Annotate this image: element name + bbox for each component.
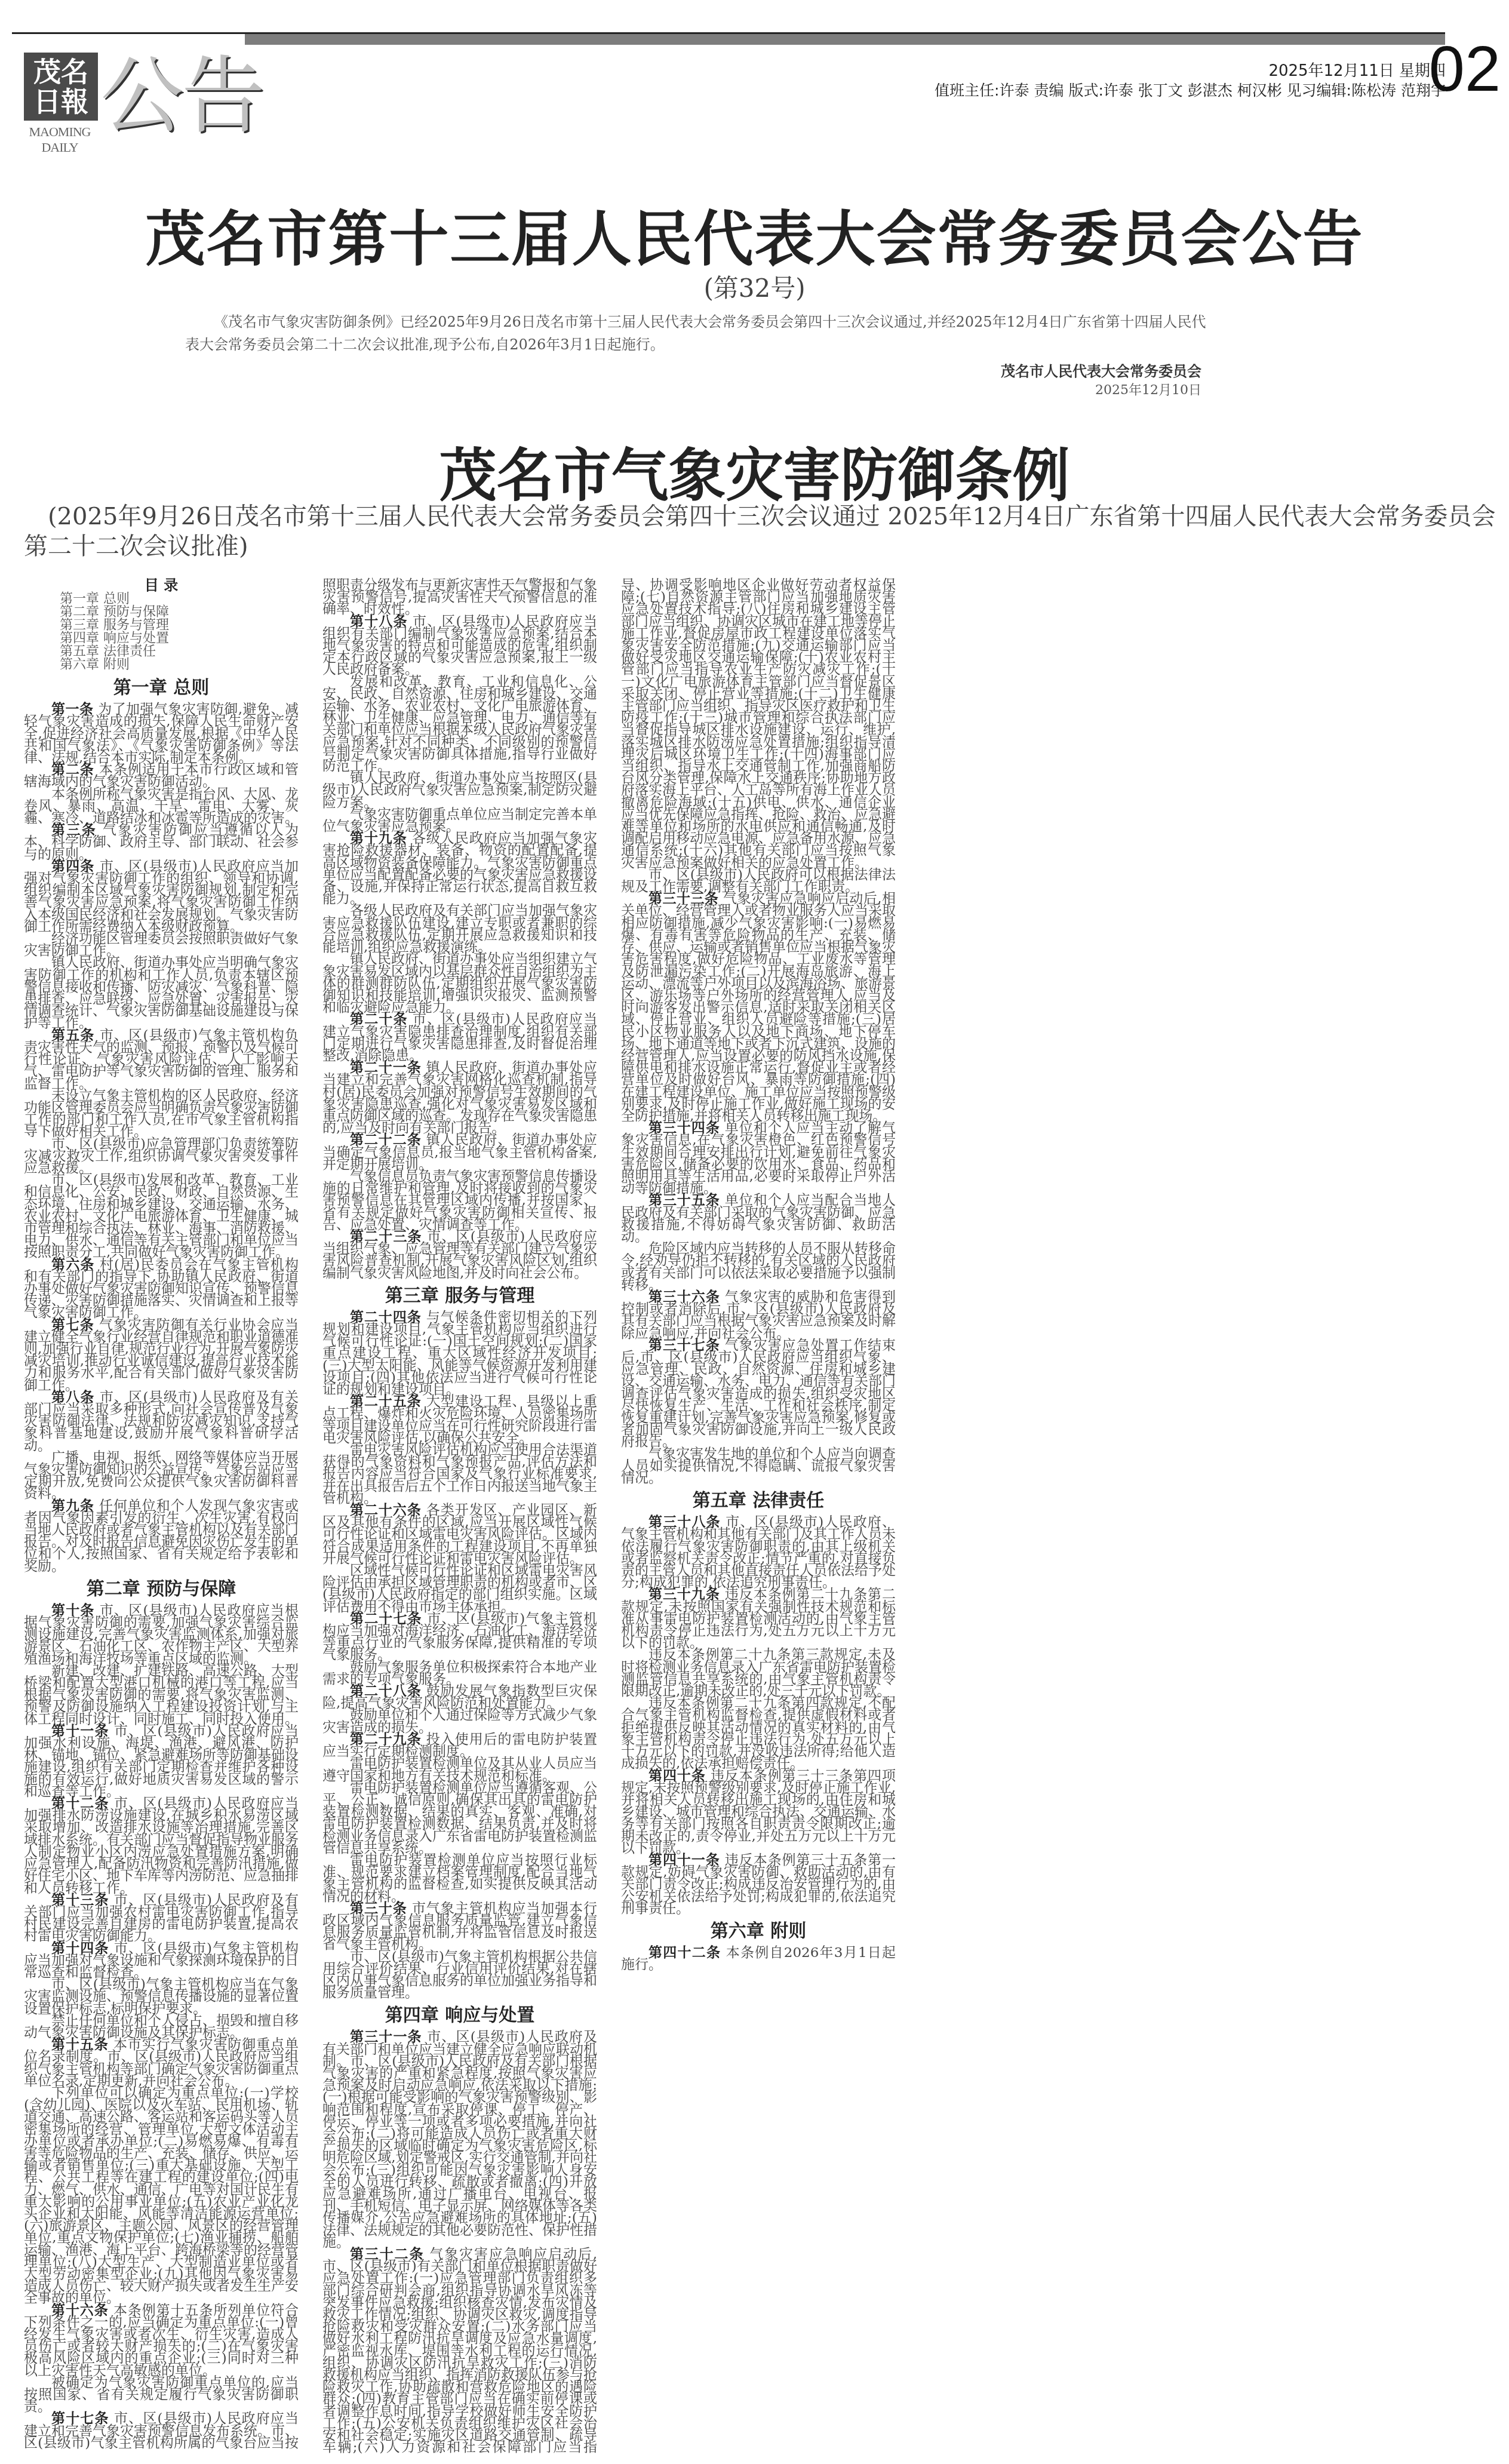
toc-title: 目 录	[24, 579, 299, 591]
newspaper-logo: 茂名日報	[24, 53, 98, 121]
article-list: 第一章 总则第一条 为了加强气象灾害防御,避免、减轻气象灾害造成的损失,保障人民…	[24, 579, 896, 2454]
article-text: 与气候条件密切相关的下列规划和建设项目,气象主管机构应当组织进行气候可行性论证:…	[322, 1310, 597, 1397]
article: 第三十四条 单位和个人应当主动了解气象灾害信息,在气象灾害橙色、红色预警信号生效…	[621, 1122, 896, 1194]
article: 第七条 气象灾害防御有关行业协会应当建立健全气象行业经营自律规范和职业道德准则,…	[24, 1319, 299, 1391]
article: 第三十五条 单位和个人应当配合当地人民政府及有关部门采取的气象灾害防御、应急救援…	[621, 1194, 896, 1243]
masthead: 茂名日報 MAOMING DAILY 公告 2025年12月11日 星期四 值班…	[0, 0, 1509, 149]
article-text: 鼓励单位和个人通过保险等方式减少气象灾害造成的损失。	[322, 1707, 597, 1735]
article-text: 雷电防护装置检测单位应当按照行业标准、规范要求建立档案管理制度,配合当地气象主管…	[322, 1852, 597, 1904]
article-text: 市、区(县级市)发展和改革、教育、工业和信息化、公安、民政、财政、自然资源、生态…	[24, 1172, 299, 1260]
article: 第九条 任何单位和个人发现气象灾害或者因气象因素引发的衍生、次生灾害,有权向当地…	[24, 1500, 299, 1572]
chapter-heading: 第一章 总则	[24, 675, 299, 701]
article-text: 危险区域内应当转移的人员不服从转移命令,经劝导仍拒不转移的,有关区域的人民政府或…	[621, 1241, 896, 1293]
paragraph: 气象信息员负责气象灾害预警信息传播设施的日常维护和管理,及时将接收到的气象灾害预…	[322, 1170, 597, 1231]
toc-item: 第二章 预防与保障	[24, 606, 299, 619]
article: 第四十二条 本条例自2026年3月1日起施行。	[621, 1947, 896, 1971]
article: 第三十八条 市、区(县级市)人民政府、气象主管机构和其他有关部门及其工作人员未依…	[621, 1516, 896, 1589]
regulation-body: 目 录 第一章 总则 第二章 预防与保障 第三章 服务与管理 第四章 响应与处置…	[24, 579, 1493, 2454]
article-text: 区域性气候可行性论证和区域雷电灾害风险评估由承担区域管理职责的机构或者市、区(县…	[322, 1563, 597, 1615]
paragraph: 违反本条例第二十九条第四款规定,不配合气象主管机构监督检查,提供虚假材料或者拒绝…	[621, 1697, 896, 1769]
article: 第三十七条 气象灾害应急处置工作结束后,市、区(县级市)人民政府应当组织气象、应…	[621, 1339, 896, 1448]
article-text: 市、区(县级市)气象主管机构根据公共信用综合评价结果、行业信用评价结果,对在辖区…	[322, 1949, 597, 2001]
article: 第三十一条 市、区(县级市)人民政府及有关部门和单位应当建立健全应急响应联动机制…	[322, 2031, 597, 2248]
article: 第十三条 市、区(县级市)人民政府及有关部门应当加强农村雷电灾害防御工作,指导村…	[24, 1894, 299, 1943]
paragraph: 鼓励单位和个人通过保险等方式减少气象灾害造成的损失。	[322, 1709, 597, 1733]
table-of-contents: 目 录 第一章 总则 第二章 预防与保障 第三章 服务与管理 第四章 响应与处置…	[24, 579, 299, 671]
article: 第十二条 市、区(县级市)人民政府应当加强排水防涝设施建设,在城乡积水易涝区域采…	[24, 1798, 299, 1894]
article-text: 气象灾害应急响应启动后,相关单位、经营管理人或者物业服务人应当采取相应防御措施,…	[621, 891, 896, 1124]
article: 第二十一条 镇人民政府、街道办事处应当建立和完善气象灾害网格化巡查机制,指导村(…	[322, 1062, 597, 1134]
newspaper-logo-en: MAOMING DAILY	[24, 124, 96, 155]
article: 第一条 为了加强气象灾害防御,避免、减轻气象灾害造成的损失,保障人民生命财产安全…	[24, 703, 299, 764]
article: 第二十六条 各类开发区、产业园区、新区及其他有条件的区域,应当开展区域性气候可行…	[322, 1504, 597, 1565]
article-text: 新建、改建、扩建铁路、高速公路、大型桥梁和配置大型港口机械的港口等工程,应当根据…	[24, 1663, 299, 1727]
article-text: 镇人民政府、街道办事处应当组织建立气象灾害易发区域内以基层群众性自治组织为主体的…	[322, 951, 597, 1015]
toc-item: 第六章 附则	[24, 658, 299, 671]
article-text: 气象灾害发生地的单位和个人应当向调查人员如实提供情况,不得隐瞒、谎报气象灾害情况…	[621, 1446, 896, 1486]
paragraph: 鼓励气象服务单位积极探索符合本地产业需求的专项气象服务。	[322, 1661, 597, 1685]
toc-item: 第一章 总则	[24, 592, 299, 606]
paragraph: 下列单位可以确定为重点单位:(一)学校(含幼儿园)、医院以及火车站、民用机场、轨…	[24, 2087, 299, 2305]
paragraph: 本条例所称气象灾害是指台风、大风、龙卷风、暴雨、高温、干旱、雷电、大雾、灰霾、寒…	[24, 788, 299, 825]
paragraph: 市、区(县级市)应急管理部门负责统筹防灾减灾救灾工作,组织协调气象灾害突发事件应…	[24, 1138, 299, 1175]
paragraph: 广播、电视、报纸、网络等媒体应当开展气象灾害防御知识的公益宣传。气象台站应当定期…	[24, 1452, 299, 1500]
article-text: 雷电防护装置检测单位应当遵循客观、公平、公正、诚信原则,确保其出具的雷电防护装置…	[322, 1780, 597, 1856]
article: 第十八条 市、区(县级市)人民政府应当组织有关部门编制气象灾害应急预案,结合本地…	[322, 616, 597, 676]
article-text: 广播、电视、报纸、网络等媒体应当开展气象灾害防御知识的公益宣传。气象台站应当定期…	[24, 1450, 299, 1502]
article-text: 鼓励气象服务单位积极探索符合本地产业需求的专项气象服务。	[322, 1660, 597, 1687]
article: 第五条 市、区(县级市)气象主管机构负责灾害性天气的监测、预报、预警以及气候可行…	[24, 1030, 299, 1090]
paragraph: 禁止任何单位和个人侵占、损毁和擅自移动气象灾害防御设施及其保护标志。	[24, 2015, 299, 2039]
notice-signatory: 茂名市人民代表大会常务委员会	[1001, 360, 1201, 380]
article: 第四十一条 违反本条例第三十五条第一款规定,妨碍气象灾害防御、救助活动的,由有关…	[621, 1854, 896, 1915]
paragraph: 市、区(县级市)气象主管机构根据公共信用综合评价结果、行业信用评价结果,对在辖区…	[322, 1951, 597, 1999]
article: 第三十九条 违反本条例第二十九条第二款规定,未按照国家有关强制性技术规范和标准从…	[621, 1589, 896, 1649]
article-text: 被确定为气象灾害防御重点单位的,应当按照国家、省有关规定履行气象灾害防御职责。	[24, 2375, 299, 2414]
article-text: 违反本条例第三十三条第四项规定,未按照预警级别要求,及时停止施工作业,并将相关人…	[621, 1768, 896, 1856]
toc-item: 第三章 服务与管理	[24, 619, 299, 632]
section-title: 公告	[100, 49, 263, 145]
article-text: 市、区(县级市)人民政府应当加强排水防涝设施建设,在城乡积水易涝区域采取增加、改…	[24, 1796, 299, 1895]
article-text: 市、区(县级市)应急管理部门负责统筹防灾减灾救灾工作,组织协调气象灾害突发事件应…	[24, 1136, 299, 1176]
masthead-grey-bar	[245, 34, 1445, 45]
paragraph: 被确定为气象灾害防御重点单位的,应当按照国家、省有关规定履行气象灾害防御职责。	[24, 2377, 299, 2413]
paragraph: 雷电灾害风险评估机构应当使用合法渠道获得的气象资料和气象预报产品,评估方法和报告…	[322, 1444, 597, 1504]
paragraph: 镇人民政府、街道办事处应当明确气象灾害防御工作的机构和工作人员,负责本辖区预警信…	[24, 957, 299, 1029]
chapter-heading: 第四章 响应与处置	[322, 2002, 597, 2029]
article: 第八条 市、区(县级市)人民政府及有关部门应当采取多种形式,向社会宣传普及气象灾…	[24, 1391, 299, 1452]
article-text: 发展和改革、教育、工业和信息化、公安、民政、自然资源、住房和城乡建设、交通运输、…	[322, 674, 597, 774]
paragraph: 市、区(县级市)气象主管机构应当在气象灾害监测设施、预警信息传播设施的显著位置设…	[24, 1978, 299, 2015]
article: 第十四条 市、区(县级市)气象主管机构应当加强对气象设施和气象探测环境保护的日常…	[24, 1943, 299, 1979]
paragraph: 镇人民政府、街道办事处应当按照区(县级市)人民政府气象灾害应急预案,制定防灾避险…	[322, 772, 597, 809]
paragraph: 危险区域内应当转移的人员不服从转移命令,经劝导仍拒不转移的,有关区域的人民政府或…	[621, 1243, 896, 1291]
chapter-heading: 第六章 附则	[621, 1918, 896, 1944]
paragraph: 镇人民政府、街道办事处应当组织建立气象灾害易发区域内以基层群众性自治组织为主体的…	[322, 953, 597, 1013]
article-text: 下列单位可以确定为重点单位:(一)学校(含幼儿园)、医院以及火车站、民用机场、轨…	[24, 2085, 299, 2306]
edition-staff: 值班主任:许泰 责编 版式:许泰 张丁文 彭湛杰 柯汉彬 见习编辑:陈松涛 范翔…	[935, 79, 1446, 100]
article: 第十一条 市、区(县级市)人民政府应当加强水利设施、海堤、渔港、避风港、防护林、…	[24, 1725, 299, 1798]
page-number: 02	[1429, 36, 1501, 102]
paragraph: 雷电防护装置检测单位及其从业人员应当遵守国家和地方有关技术规范和标准。	[322, 1758, 597, 1781]
regulation-title: 茂名市气象灾害防御条例	[0, 430, 1509, 512]
article-text: 违反本条例第二十九条第三款规定,未及时将检测业务信息录入广东省雷电防护装置检测监…	[621, 1647, 896, 1699]
paragraph: 新建、改建、扩建铁路、高速公路、大型桥梁和配置大型港口机械的港口等工程,应当根据…	[24, 1665, 299, 1725]
article: 第三十六条 气象灾害的威胁和危害得到控制或者消除后,市、区(县级市)人民政府及其…	[621, 1291, 896, 1339]
notice-title: 茂名市第十三届人民代表大会常务委员会公告	[0, 191, 1509, 277]
paragraph: 雷电防护装置检测单位应当按照行业标准、规范要求建立档案管理制度,配合当地气象主管…	[322, 1854, 597, 1903]
edition-date: 2025年12月11日 星期四	[1268, 59, 1446, 81]
article: 第二十三条 市、区(县级市)人民政府应当组织气象、应急管理等有关部门建立气象灾害…	[322, 1231, 597, 1279]
paragraph: 未设立气象主管机构的区人民政府、经济功能区管理委员会应当明确负责气象灾害防御工作…	[24, 1090, 299, 1138]
chapter-heading: 第五章 法律责任	[621, 1488, 896, 1514]
article-text: 各级人民政府及有关部门应当加强气象灾害应急救援队伍建设,建立专职或者兼职的综合应…	[322, 903, 597, 955]
article-text: 气象信息员负责气象灾害预警信息传播设施的日常维护和管理,及时将接收到的气象灾害预…	[322, 1169, 597, 1233]
regulation-subtitle: (2025年9月26日茂名市第十三届人民代表大会常务委员会第四十三次会议通过 2…	[24, 502, 1499, 561]
article: 第十六条 本条例第十五条所列单位符合下列条件之一的,应当确定为重点单位:(一)曾…	[24, 2305, 299, 2377]
article: 第二十四条 与气候条件密切相关的下列规划和建设项目,气象主管机构应当组织进行气候…	[322, 1311, 597, 1396]
toc-item: 第四章 响应与处置	[24, 632, 299, 645]
article-text: 气象灾害应急处置工作结束后,市、区(县级市)人民政府应当组织气象、应急管理、民政…	[621, 1338, 896, 1450]
article-text: 未设立气象主管机构的区人民政府、经济功能区管理委员会应当明确负责气象灾害防御工作…	[24, 1088, 299, 1140]
paragraph: 市、区(县级市)人民政府可以根据法律法规及工作需要,调整有关部门工作职责。	[621, 869, 896, 893]
article: 第二十二条 镇人民政府、街道办事处应当确定气象信息员,报当地气象主管机构备案,并…	[322, 1134, 597, 1170]
article-text: 违反本条例第二十九条第四款规定,不配合气象主管机构监督检查,提供虚假材料或者拒绝…	[621, 1695, 896, 1771]
article: 第四条 市、区(县级市)人民政府应当加强对气象灾害防御工作的组织、领导和协调,组…	[24, 861, 299, 933]
article: 第十条 市、区(县级市)人民政府应当根据气象灾害防御的需要,加强气象灾害综合监测…	[24, 1605, 299, 1665]
article: 第二十条 市、区(县级市)人民政府应当建立气象灾害隐患排查治理制度,组织有关部门…	[322, 1013, 597, 1062]
paragraph: 各级人民政府及有关部门应当加强气象灾害应急救援队伍建设,建立专职或者兼职的综合应…	[322, 905, 597, 953]
paragraph: 气象灾害防御重点单位应当制定完善本单位气象灾害应急预案。	[322, 809, 597, 832]
article-text: 本条例所称气象灾害是指台风、大风、龙卷风、暴雨、高温、干旱、雷电、大雾、灰霾、寒…	[24, 786, 299, 826]
paragraph: 市、区(县级市)发展和改革、教育、工业和信息化、公安、民政、财政、自然资源、生态…	[24, 1174, 299, 1258]
chapter-heading: 第三章 服务与管理	[322, 1283, 597, 1309]
article-text: 禁止任何单位和个人侵占、损毁和擅自移动气象灾害防御设施及其保护标志。	[24, 2013, 299, 2041]
article: 第三条 气象灾害防御应当遵循以人为本、科学防御、政府主导、部门联动、社会参与的原…	[24, 824, 299, 861]
article-text: 雷电防护装置检测单位及其从业人员应当遵守国家和地方有关技术规范和标准。	[322, 1756, 597, 1783]
toc-item: 第五章 法律责任	[24, 645, 299, 658]
paragraph: 违反本条例第二十九条第三款规定,未及时将检测业务信息录入广东省雷电防护装置检测监…	[621, 1649, 896, 1697]
notice-date: 2025年12月10日	[1095, 380, 1201, 398]
article: 第六条 村(居)民委员会在气象主管机构和有关部门的指导下,协助镇人民政府、街道办…	[24, 1259, 299, 1319]
article-text: 经济功能区管理委员会按照职责做好气象灾害防御工作。	[24, 931, 299, 958]
article: 第十九条 各级人民政府应当加强气象灾害抢险救援器材、装备、物资的配置配备,提高区…	[322, 832, 597, 905]
paragraph: 气象灾害发生地的单位和个人应当向调查人员如实提供情况,不得隐瞒、谎报气象灾害情况…	[621, 1448, 896, 1485]
paragraph: 雷电防护装置检测单位应当遵循客观、公平、公正、诚信原则,确保其出具的雷电防护装置…	[322, 1782, 597, 1854]
paragraph: 区域性气候可行性论证和区域雷电灾害风险评估由承担区域管理职责的机构或者市、区(县…	[322, 1565, 597, 1613]
article-text: 镇人民政府、街道办事处应当按照区(县级市)人民政府气象灾害应急预案,制定防灾避险…	[322, 770, 597, 810]
article: 第三十条 市气象主管机构应当加强本行政区域内气象信息服务质量监管,建立气象信息服…	[322, 1903, 597, 1951]
paragraph: 经济功能区管理委员会按照职责做好气象灾害防御工作。	[24, 933, 299, 957]
article: 第三十三条 气象灾害应急响应启动后,相关单位、经营管理人或者物业服务人应当采取相…	[621, 893, 896, 1122]
article-text: 市、区(县级市)人民政府及有关部门和单位应当建立健全应急响应联动机制。市、区(县…	[322, 2029, 597, 2250]
article-text: 镇人民政府、街道办事处应当明确气象灾害防御工作的机构和工作人员,负责本辖区预警信…	[24, 955, 299, 1031]
article: 第二十七条 市、区(县级市)气象主管机构应当加强对海洋经济、石油化工、海洋经济等…	[322, 1613, 597, 1661]
article: 第二十八条 鼓励发展气象指数型巨灾保险,提高气象灾害风险防范和处置能力。	[322, 1685, 597, 1709]
article: 第四十条 违反本条例第三十三条第四项规定,未按照预警级别要求,及时停止施工作业,…	[621, 1770, 896, 1854]
article: 第二条 本条例适用于本市行政区域和管辖海域内的气象灾害防御活动。	[24, 764, 299, 788]
paragraph: 发展和改革、教育、工业和信息化、公安、民政、自然资源、住房和城乡建设、交通运输、…	[322, 676, 597, 773]
article-text: 雷电灾害风险评估机构应当使用合法渠道获得的气象资料和气象预报产品,评估方法和报告…	[322, 1442, 597, 1506]
chapter-heading: 第二章 预防与保障	[24, 1576, 299, 1602]
article: 第十五条 本市实行气象灾害防御重点单位名录制度。市、区(县级市)人民政府应当组织…	[24, 2039, 299, 2087]
article: 第二十五条 大型建设工程、县级以上重点工程、爆炸和火灾危险环境、人员密集场所等项…	[322, 1396, 597, 1444]
article-text: 市、区(县级市)气象主管机构应当在气象灾害监测设施、预警信息传播设施的显著位置设…	[24, 1977, 299, 2016]
notice-number: (第32号)	[0, 269, 1509, 305]
notice-body: 《茂名市气象灾害防御条例》已经2025年9月26日茂名市第十三届人民代表大会常务…	[185, 311, 1212, 356]
article: 第二十九条 投入使用后的雷电防护装置应当实行定期检测制度。	[322, 1734, 597, 1758]
